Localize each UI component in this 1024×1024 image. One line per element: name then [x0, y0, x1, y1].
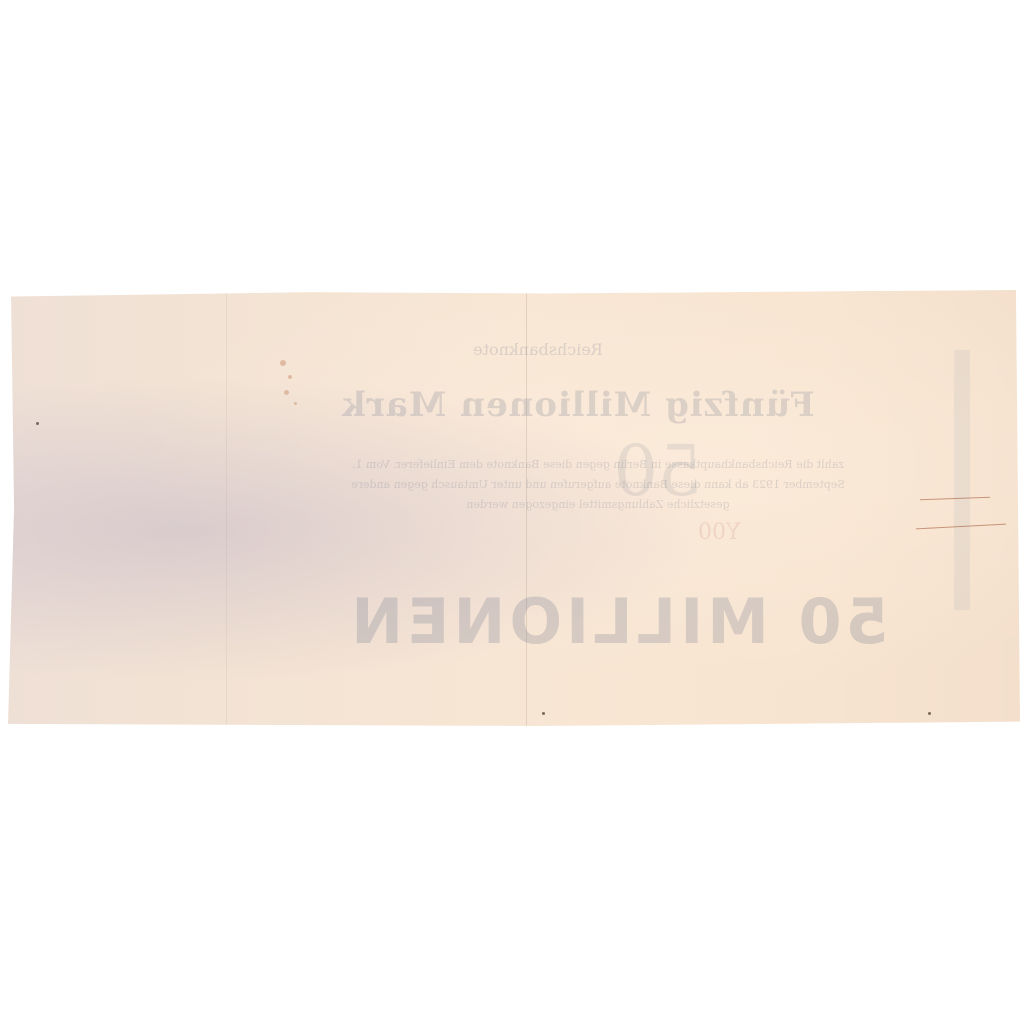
pinhole: [928, 712, 931, 715]
pinhole: [36, 422, 39, 425]
ghost-issuer-text: Reichsbanknote: [448, 340, 628, 359]
edge-ink-strip: [954, 350, 970, 610]
ghost-serial-number: Y00: [698, 520, 741, 545]
foxing-spot: [294, 402, 297, 405]
foxing-spot: [288, 375, 292, 379]
banknote-reverse: Reichsbanknote Fünfzig Millionen Mark 50…: [8, 290, 1020, 726]
foxing-spot: [284, 390, 289, 395]
foxing-spot: [280, 360, 286, 366]
ghost-value-words: Fünfzig Millionen Mark: [298, 385, 858, 425]
fold-crease: [226, 290, 227, 726]
ghost-body-text: zahlt die Reichsbankhauptkasse in Berlin…: [338, 455, 858, 515]
pinhole: [542, 712, 545, 715]
photo-stage: Reichsbanknote Fünfzig Millionen Mark 50…: [0, 0, 1024, 1024]
ghost-value-caps: 50 MILLIONEN: [258, 585, 978, 658]
